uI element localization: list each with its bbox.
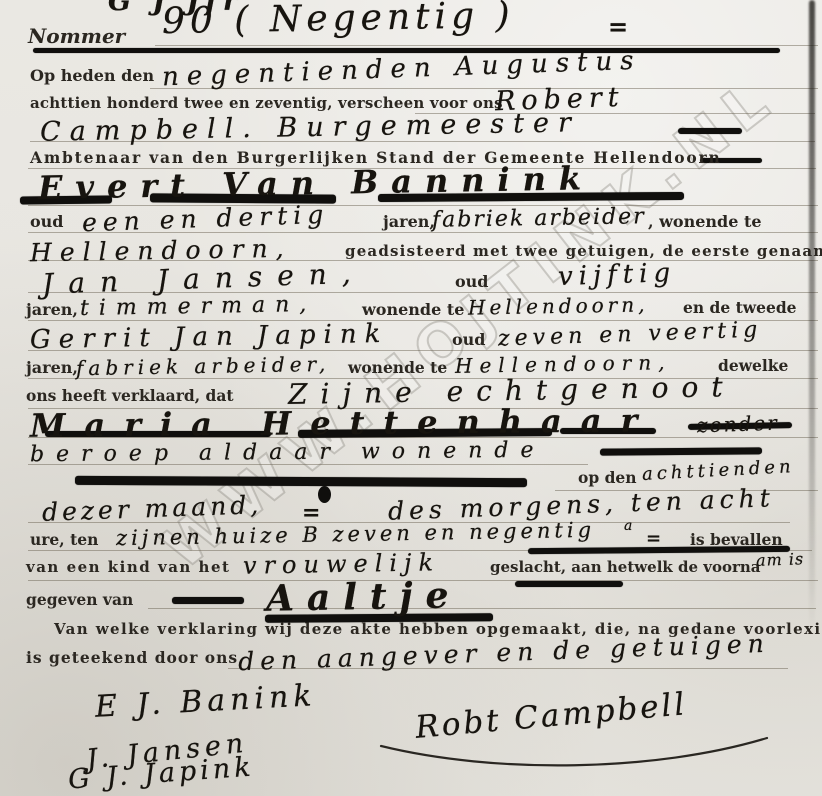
form-text-gegeven-van: gegeven van bbox=[26, 590, 133, 609]
form-text-oud-3: oud bbox=[452, 330, 486, 349]
number-equals-mark: = bbox=[608, 12, 628, 41]
entry-naam-suffix: am is bbox=[756, 549, 805, 570]
signature-declarant: E J. Banink bbox=[94, 678, 317, 725]
form-text-geslacht-line: geslacht, aan hetwelk de voorna bbox=[490, 558, 761, 576]
entry-zonder: zonder bbox=[697, 411, 779, 438]
entry-child-name: Aaltje bbox=[266, 574, 462, 619]
ink-stroke bbox=[172, 597, 244, 604]
form-text-jaren-3: jaren, bbox=[26, 358, 78, 377]
entry-witness2-age: zeven en veertig bbox=[498, 317, 763, 351]
form-text-wonende-3: wonende te bbox=[348, 358, 447, 377]
form-text-is-bevallen: is bevallen bbox=[690, 530, 783, 549]
entry-witness1-age: vijftig bbox=[558, 258, 677, 292]
signature-flourish-underline bbox=[375, 732, 775, 774]
entry-witness1-occupation: timmerman, bbox=[80, 292, 317, 321]
form-text-witnesses-line: geadsisteerd met twee getuigen, de eerst… bbox=[345, 242, 822, 260]
entry-declarant-occupation: fabriek arbeider bbox=[432, 204, 646, 233]
entry-house-letter: a bbox=[624, 518, 632, 534]
form-text-declared: ons heeft verklaard, dat bbox=[26, 386, 234, 405]
ruled-line bbox=[155, 45, 818, 46]
entry-witness2-name: Gerrit Jan Japink bbox=[30, 319, 389, 355]
form-text-signed-line: is geteekend door ons bbox=[26, 648, 238, 667]
form-text-wonende-2: wonende te bbox=[362, 300, 464, 319]
entry-beroep-phrase: beroep aldaar wonende bbox=[30, 438, 546, 467]
form-text-op-heden-den: Op heden den bbox=[30, 66, 154, 85]
form-text-oud-2: oud bbox=[455, 272, 489, 291]
form-text-second-witness: en de tweede bbox=[683, 298, 797, 317]
form-text-oud-1: oud bbox=[30, 212, 64, 231]
form-text-wonende-1: , wonende te bbox=[648, 212, 762, 231]
form-text-op-den: op den bbox=[578, 468, 637, 487]
entry-birth-day: achttienden bbox=[642, 456, 796, 485]
entry-witness2-occupation: fabriek arbeider, bbox=[76, 352, 331, 380]
page-edge-shadow bbox=[809, 0, 815, 630]
ink-stroke bbox=[33, 48, 780, 53]
act-number-value: 90 ( Negentig ) bbox=[162, 0, 515, 42]
ink-stroke bbox=[515, 581, 623, 587]
number-label: Nommer bbox=[28, 24, 125, 48]
ruled-line bbox=[148, 608, 816, 609]
birth-certificate-scan: WWW.HOJTINK.NL G J Jfr Nommer 90 ( Negen… bbox=[0, 0, 822, 796]
form-text-ure-ten: ure, ten bbox=[30, 530, 98, 549]
form-text-jaren-1: jaren, bbox=[383, 212, 435, 231]
entry-mother-name: Maria Hettenhaar bbox=[30, 401, 657, 444]
form-text-kind-line: van een kind van het bbox=[26, 558, 230, 576]
ink-stroke bbox=[678, 128, 742, 134]
ink-stroke bbox=[600, 447, 762, 455]
entry-witness1-residence: Hellendoorn, bbox=[468, 292, 649, 319]
ink-stroke bbox=[75, 476, 527, 487]
equals-mark-2: = bbox=[646, 528, 661, 549]
form-text-jaren-2: jaren, bbox=[26, 300, 78, 319]
